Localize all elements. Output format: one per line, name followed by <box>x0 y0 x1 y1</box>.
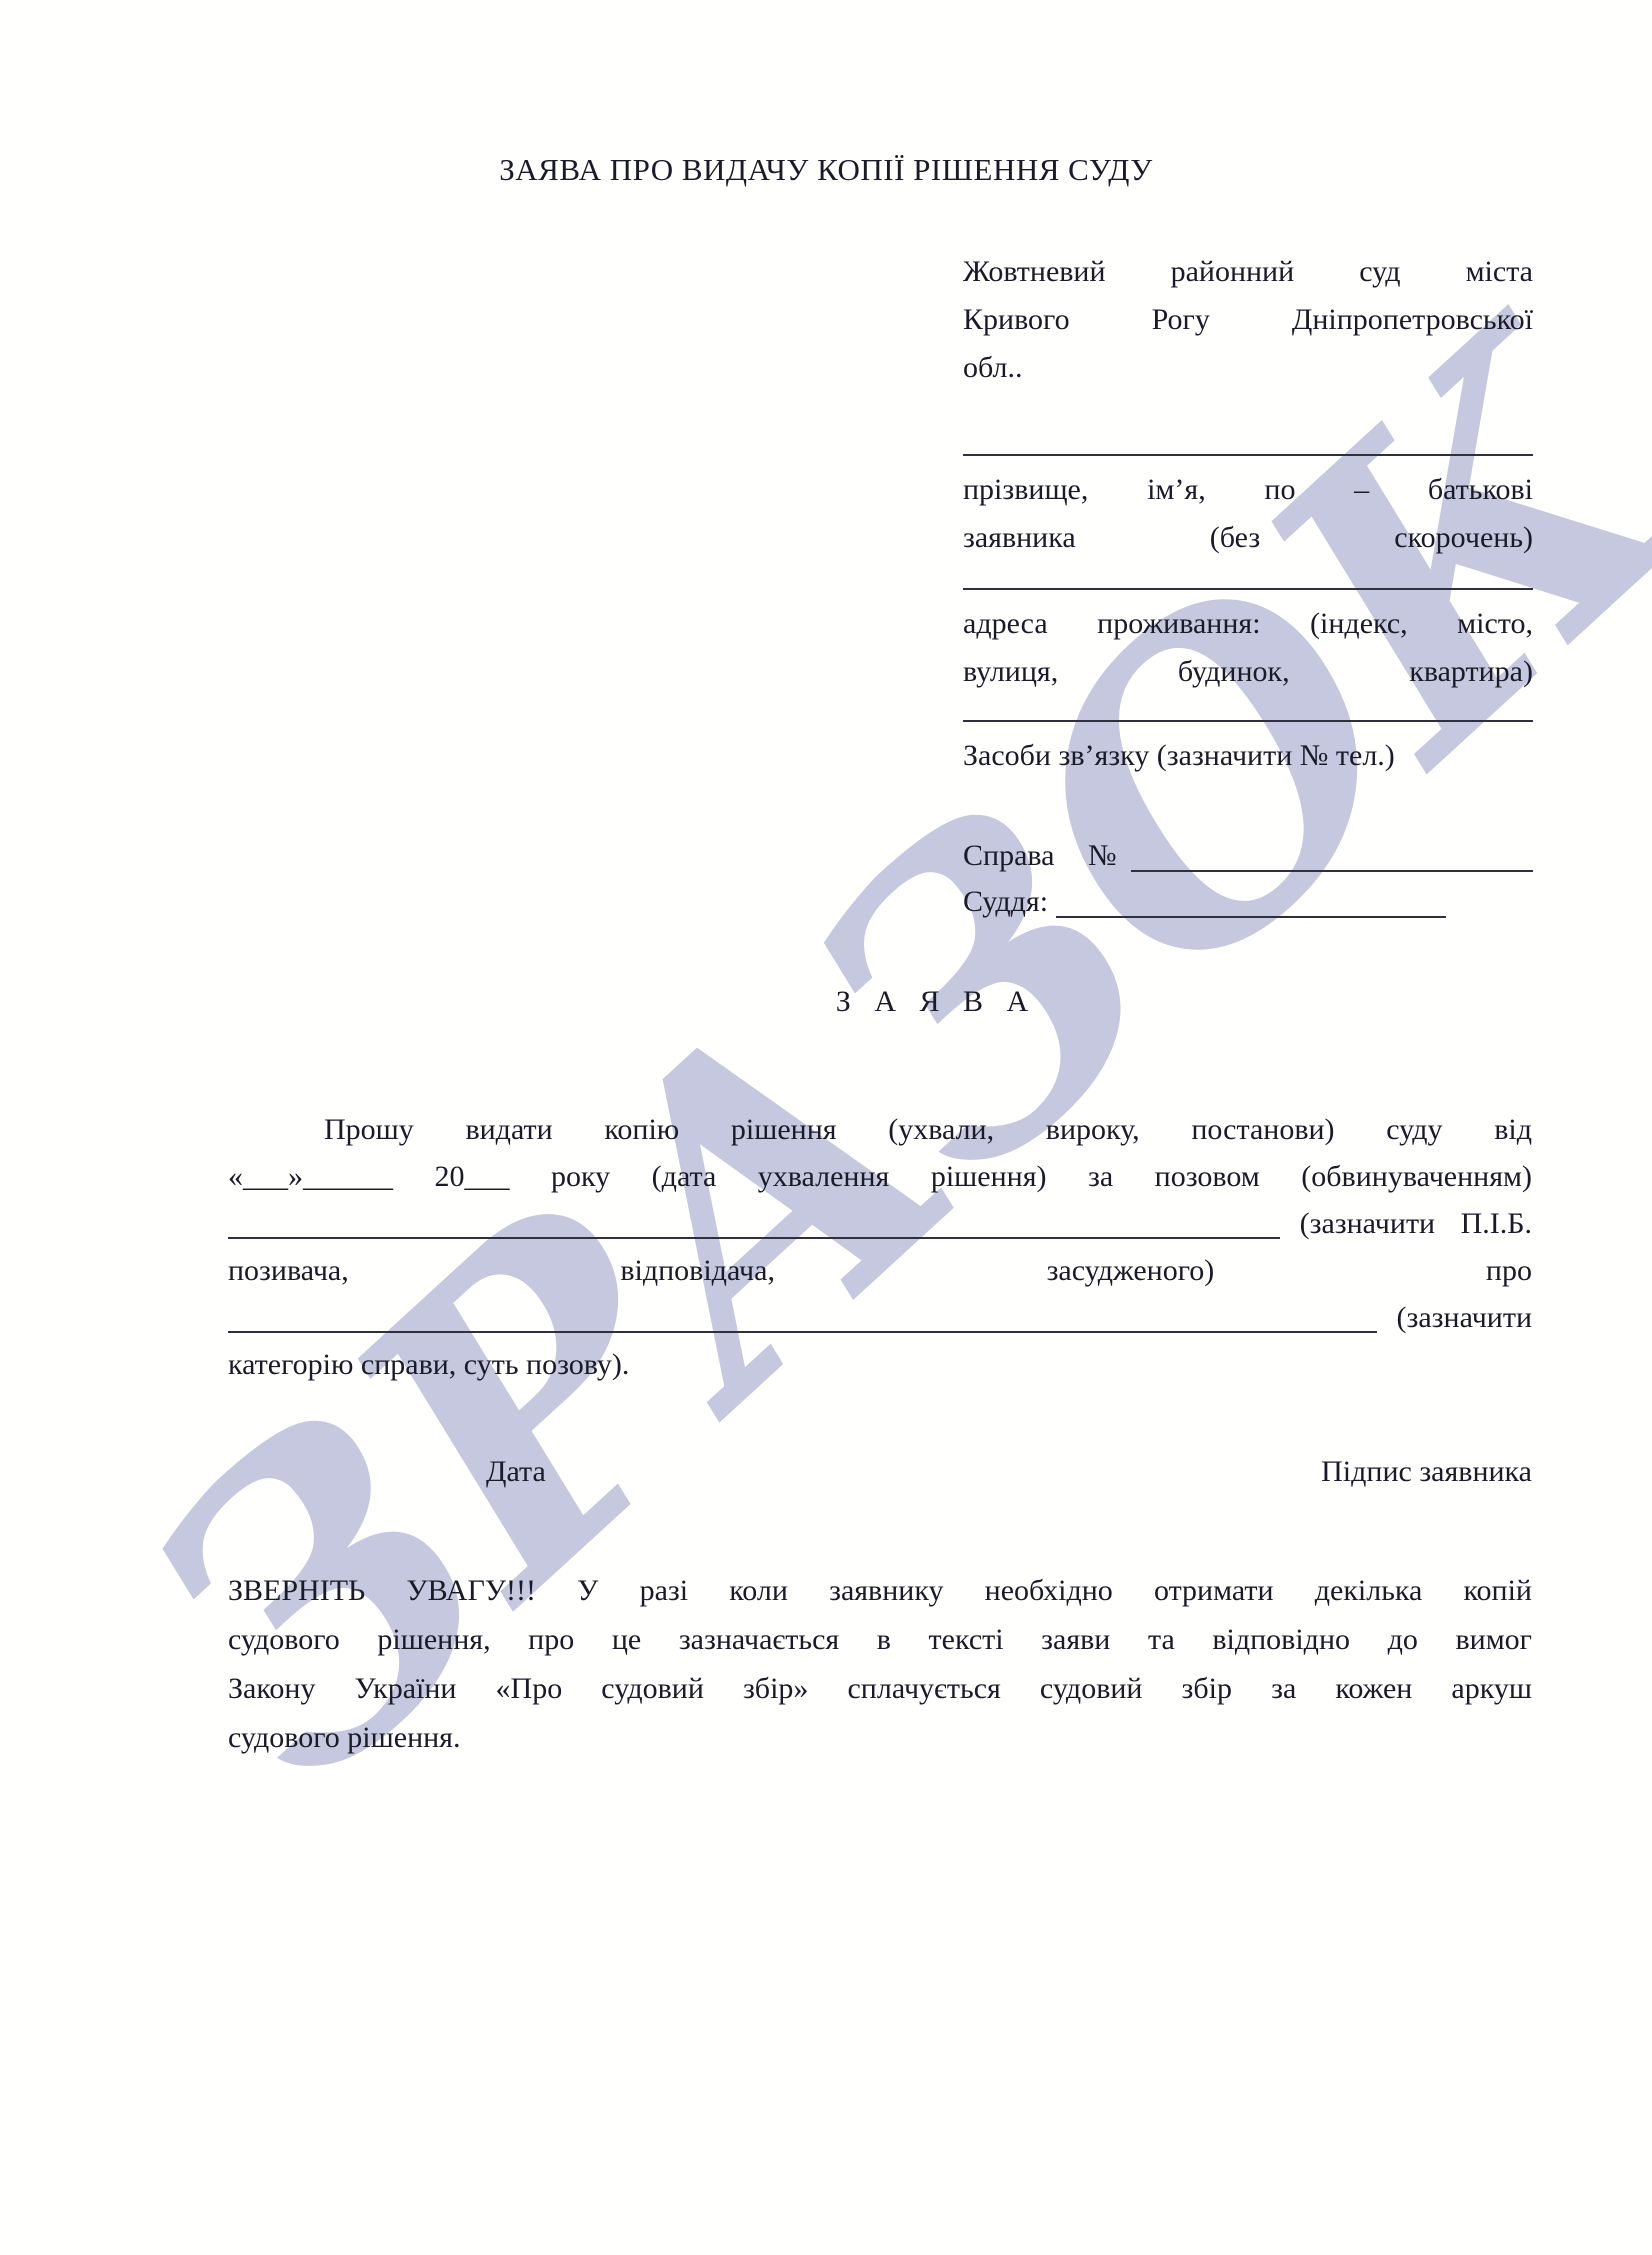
date-label: Дата <box>486 1448 546 1496</box>
judge-label: Суддя: <box>963 880 1048 924</box>
request-word: позивача, <box>228 1247 349 1294</box>
page-title: ЗАЯВА ПРО ВИДАЧУ КОПІЇ РІШЕННЯ СУДУ <box>0 150 1652 190</box>
notice-line: Закону України «Про судовий збір» сплачу… <box>228 1664 1532 1713</box>
notice-paragraph: ЗВЕРНІТЬ УВАГУ!!! У разі коли заявнику н… <box>228 1566 1532 1762</box>
case-number-blank-line <box>1131 870 1533 872</box>
address-hint: вулиця, будинок, квартира) <box>963 648 1533 696</box>
applicant-name-blank-line <box>963 454 1533 456</box>
judge-row: Суддя: <box>963 878 1533 924</box>
applicant-name-hint: прізвище, ім’я, по – батькові <box>963 466 1533 514</box>
contact-blank-line <box>963 720 1533 722</box>
notice-line: судового рішення, про це зазначається в … <box>228 1615 1532 1664</box>
request-word: відповідача, <box>620 1247 775 1294</box>
judge-blank-line <box>1056 916 1446 918</box>
court-name-line: Жовтневий районний суд міста <box>963 248 1533 296</box>
request-line-5: (зазначити <box>228 1294 1532 1341</box>
request-line-1: Прошу видати копію рішення (ухвали, виро… <box>228 1106 1532 1153</box>
plaintiff-name-blank-line <box>228 1237 1280 1239</box>
application-heading: З А Я В А <box>228 980 1532 1024</box>
contact-hint: Засоби зв’язку (зазначити № тел.) <box>963 732 1533 780</box>
scanned-document-page: ЗРАЗОК ЗАЯВА ПРО ВИДАЧУ КОПІЇ РІШЕННЯ СУ… <box>0 0 1652 2255</box>
notice-line: ЗВЕРНІТЬ УВАГУ!!! У разі коли заявнику н… <box>228 1566 1532 1615</box>
notice-line: судового рішення. <box>228 1713 1532 1762</box>
request-line-4: позивача, відповідача, засудженого) про <box>228 1247 1532 1294</box>
plaintiff-name-hint: (зазначити П.І.Б. <box>1300 1200 1532 1247</box>
case-number-label: Справа № <box>963 834 1117 878</box>
request-word: про <box>1486 1247 1532 1294</box>
date-signature-row: Дата Підпис заявника <box>228 1448 1532 1496</box>
request-line-3: (зазначити П.І.Б. <box>228 1200 1532 1247</box>
request-word: засудженого) <box>1047 1247 1215 1294</box>
address-blank-line <box>963 588 1533 590</box>
applicant-name-hint: заявника (без скорочень) <box>963 514 1533 562</box>
case-category-blank-line <box>228 1331 1377 1333</box>
request-paragraph: Прошу видати копію рішення (ухвали, виро… <box>228 1106 1532 1388</box>
case-number-row: Справа № <box>963 832 1533 878</box>
signature-label: Підпис заявника <box>1321 1448 1532 1496</box>
document-content: ЗАЯВА ПРО ВИДАЧУ КОПІЇ РІШЕННЯ СУДУ Жовт… <box>0 0 1652 2255</box>
case-category-hint: (зазначити <box>1397 1294 1532 1341</box>
court-name-line: обл.. <box>963 344 1533 392</box>
address-hint: адреса проживання: (індекс, місто, <box>963 600 1533 648</box>
court-name-line: Кривого Рогу Дніпропетровської <box>963 296 1533 344</box>
request-line-2: «___»______ 20___ року (дата ухвалення р… <box>228 1153 1532 1200</box>
request-line-6: категорію справи, суть позову). <box>228 1341 1532 1388</box>
header-right-column: Жовтневий районний суд міста Кривого Рог… <box>963 248 1533 924</box>
